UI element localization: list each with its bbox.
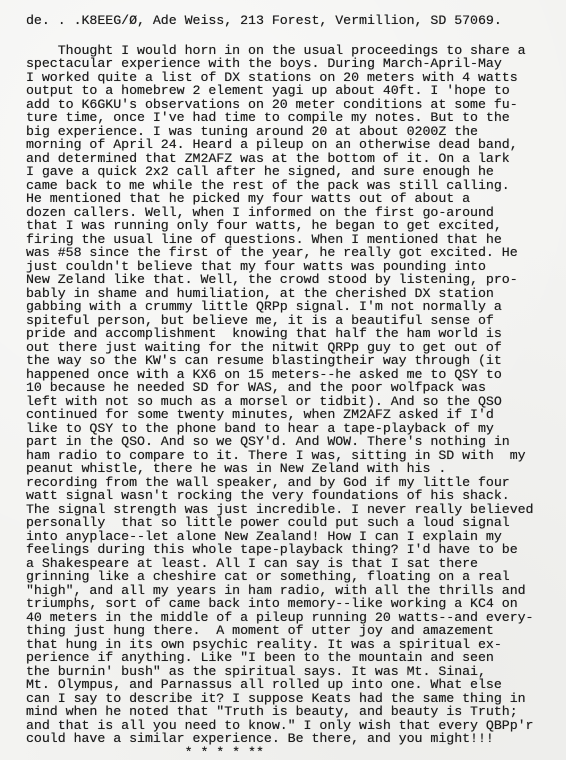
letter-body-text: Thought I would horn in on the usual pro…: [26, 44, 554, 746]
asterisk-divider: * * * * **: [26, 746, 554, 760]
byline-callsign-address: de. . .K8EEG/Ø, Ade Weiss, 213 Forest, V…: [26, 14, 554, 28]
scanned-page: de. . .K8EEG/Ø, Ade Weiss, 213 Forest, V…: [0, 0, 566, 760]
